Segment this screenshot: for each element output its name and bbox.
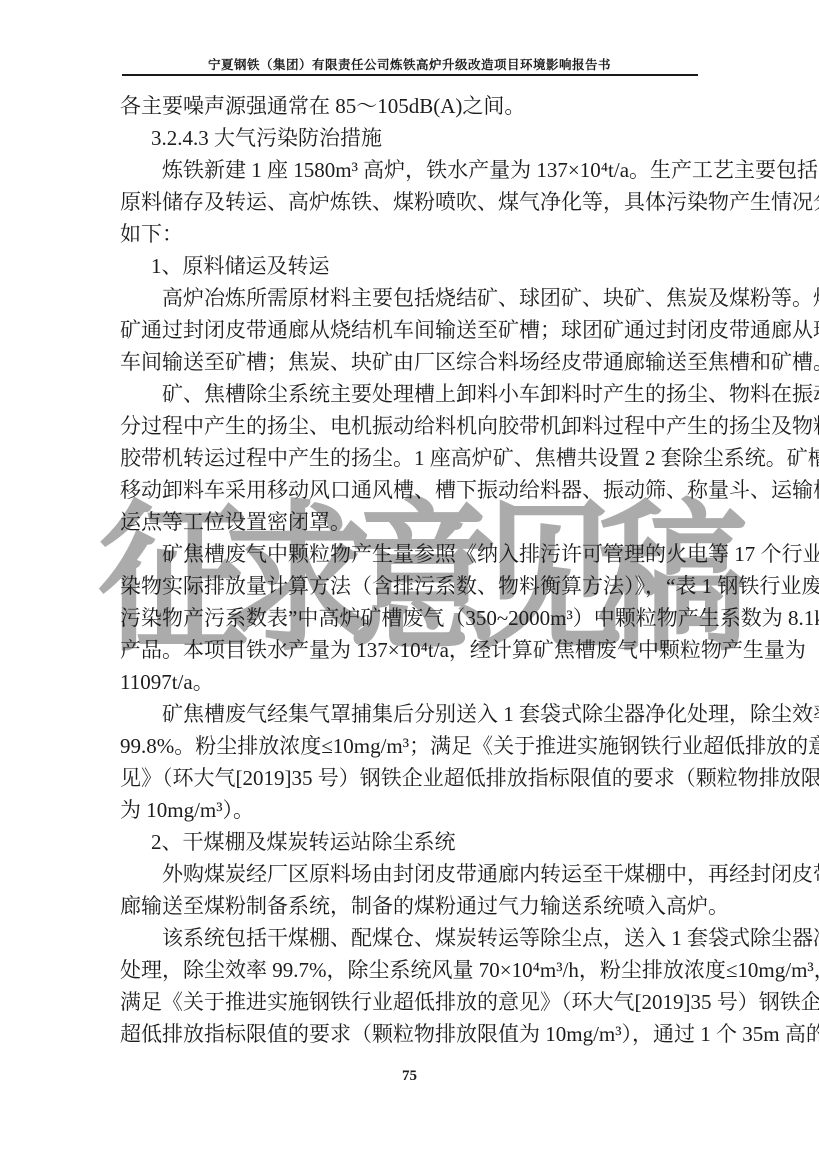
header-rule — [122, 74, 698, 76]
text-line: 外购煤炭经厂区原料场由封闭皮带通廊内转运至干煤棚中，再经封闭皮带通 — [120, 858, 704, 890]
text-line: 车间输送至矿槽；焦炭、块矿由厂区综合料场经皮带通廊输送至焦槽和矿槽。 — [120, 346, 704, 378]
page-number: 75 — [0, 1068, 819, 1085]
text-line: 处理，除尘效率 99.7%，除尘系统风量 70×10⁴m³/h，粉尘排放浓度≤1… — [120, 954, 704, 986]
text-line: 炼铁新建 1 座 1580m³ 高炉，铁水产量为 137×10⁴t/a。生产工艺… — [120, 154, 704, 186]
text-line: 11097t/a。 — [120, 666, 704, 698]
text-line: 高炉冶炼所需原材料主要包括烧结矿、球团矿、块矿、焦炭及煤粉等。烧结 — [120, 282, 704, 314]
report-page: 宁夏钢铁（集团）有限责任公司炼铁高炉升级改造项目环境影响报告书 征求意见稿 各主… — [0, 0, 819, 1158]
text-line: 3.2.4.3 大气污染防治措施 — [120, 122, 704, 154]
text-line: 产品。本项目铁水产量为 137×10⁴t/a，经计算矿焦槽废气中颗粒物产生量为 — [120, 634, 704, 666]
text-line: 2、干煤棚及煤炭转运站除尘系统 — [120, 826, 704, 858]
text-line: 廊输送至煤粉制备系统，制备的煤粉通过气力输送系统喷入高炉。 — [120, 890, 704, 922]
text-line: 矿通过封闭皮带通廊从烧结机车间输送至矿槽；球团矿通过封闭皮带通廊从球团 — [120, 314, 704, 346]
text-line: 满足《关于推进实施钢铁行业超低排放的意见》（环大气[2019]35 号）钢铁企业 — [120, 986, 704, 1018]
text-line: 矿焦槽废气中颗粒物产生量参照《纳入排污许可管理的火电等 17 个行业污 — [120, 538, 704, 570]
text-line: 分过程中产生的扬尘、电机振动给料机向胶带机卸料过程中产生的扬尘及物料经 — [120, 410, 704, 442]
text-line: 移动卸料车采用移动风口通风槽、槽下振动给料器、振动筛、称量斗、运输机转 — [120, 474, 704, 506]
text-line: 原料储存及转运、高炉炼铁、煤粉喷吹、煤气净化等，具体污染物产生情况分析 — [120, 186, 704, 218]
text-line: 超低排放指标限值的要求（颗粒物排放限值为 10mg/m³），通过 1 个 35m… — [120, 1018, 704, 1050]
text-line: 运点等工位设置密闭罩。 — [120, 506, 704, 538]
text-line: 胶带机转运过程中产生的扬尘。1 座高炉矿、焦槽共设置 2 套除尘系统。矿槽上 — [120, 442, 704, 474]
text-line: 见》（环大气[2019]35 号）钢铁企业超低排放指标限值的要求（颗粒物排放限值 — [120, 762, 704, 794]
text-line: 1、原料储运及转运 — [120, 250, 704, 282]
text-line: 如下： — [120, 218, 704, 250]
text-line: 矿、焦槽除尘系统主要处理槽上卸料小车卸料时产生的扬尘、物料在振动筛 — [120, 378, 704, 410]
document-body: 各主要噪声源强通常在 85～105dB(A)之间。3.2.4.3 大气污染防治措… — [120, 90, 704, 1050]
text-line: 99.8%。粉尘排放浓度≤10mg/m³；满足《关于推进实施钢铁行业超低排放的意 — [120, 730, 704, 762]
text-line: 污染物产污系数表”中高炉矿槽废气（350~2000m³）中颗粒物产生系数为 8.… — [120, 602, 704, 634]
text-line: 为 10mg/m³）。 — [120, 794, 704, 826]
text-line: 该系统包括干煤棚、配煤仓、煤炭转运等除尘点，送入 1 套袋式除尘器净化 — [120, 922, 704, 954]
text-line: 各主要噪声源强通常在 85～105dB(A)之间。 — [120, 90, 704, 122]
text-line: 染物实际排放量计算方法（含排污系数、物料衡算方法）》，“表 1 钢铁行业废气 — [120, 570, 704, 602]
header-title: 宁夏钢铁（集团）有限责任公司炼铁高炉升级改造项目环境影响报告书 — [0, 55, 819, 73]
text-line: 矿焦槽废气经集气罩捕集后分别送入 1 套袋式除尘器净化处理，除尘效率 — [120, 698, 704, 730]
